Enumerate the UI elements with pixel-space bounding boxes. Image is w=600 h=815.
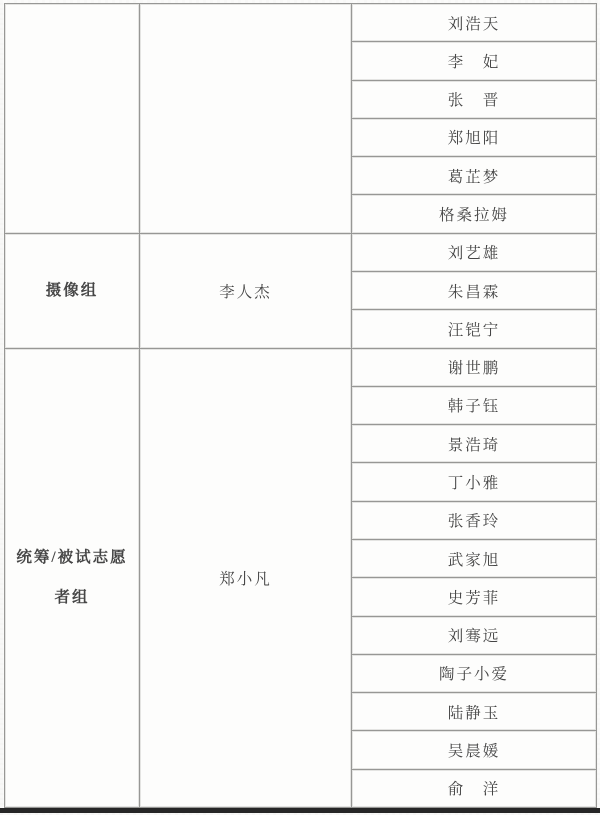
group-cell: 摄像组 <box>5 233 140 348</box>
member-cell: 吴晨媛 <box>352 731 597 769</box>
member-cell: 刘浩天 <box>352 4 597 42</box>
member-cell: 朱昌霖 <box>352 271 597 309</box>
member-cell: 陶子小爱 <box>352 654 597 692</box>
member-cell: 史芳菲 <box>352 578 597 616</box>
member-cell: 武家旭 <box>352 539 597 577</box>
leader-cell <box>140 4 352 234</box>
member-cell: 刘艺雄 <box>352 233 597 271</box>
group-cell <box>5 4 140 234</box>
roster-table-body: 刘浩天李 妃张 晋郑旭阳葛芷梦格桑拉姆摄像组李人杰刘艺雄朱昌霖汪铠宁统筹/被试志… <box>5 4 597 808</box>
page-bottom-scan-edge <box>0 808 600 813</box>
member-cell: 陆静玉 <box>352 693 597 731</box>
leader-cell: 李人杰 <box>140 233 352 348</box>
member-cell: 景浩琦 <box>352 425 597 463</box>
member-cell: 葛芷梦 <box>352 157 597 195</box>
member-cell: 郑旭阳 <box>352 118 597 156</box>
member-cell: 丁小雅 <box>352 463 597 501</box>
table-row: 统筹/被试志愿者组郑小凡谢世鹏 <box>5 348 597 386</box>
member-cell: 张香玲 <box>352 501 597 539</box>
leader-cell: 郑小凡 <box>140 348 352 807</box>
member-cell: 格桑拉姆 <box>352 195 597 233</box>
roster-table-wrap: 刘浩天李 妃张 晋郑旭阳葛芷梦格桑拉姆摄像组李人杰刘艺雄朱昌霖汪铠宁统筹/被试志… <box>4 3 597 808</box>
member-cell: 刘骞远 <box>352 616 597 654</box>
table-row: 摄像组李人杰刘艺雄 <box>5 233 597 271</box>
member-cell: 韩子钰 <box>352 386 597 424</box>
table-row: 刘浩天 <box>5 4 597 42</box>
member-cell: 张 晋 <box>352 80 597 118</box>
group-cell: 统筹/被试志愿者组 <box>5 348 140 807</box>
member-cell: 谢世鹏 <box>352 348 597 386</box>
roster-table: 刘浩天李 妃张 晋郑旭阳葛芷梦格桑拉姆摄像组李人杰刘艺雄朱昌霖汪铠宁统筹/被试志… <box>4 3 597 808</box>
member-cell: 李 妃 <box>352 42 597 80</box>
member-cell: 汪铠宁 <box>352 310 597 348</box>
member-cell: 俞 洋 <box>352 769 597 807</box>
